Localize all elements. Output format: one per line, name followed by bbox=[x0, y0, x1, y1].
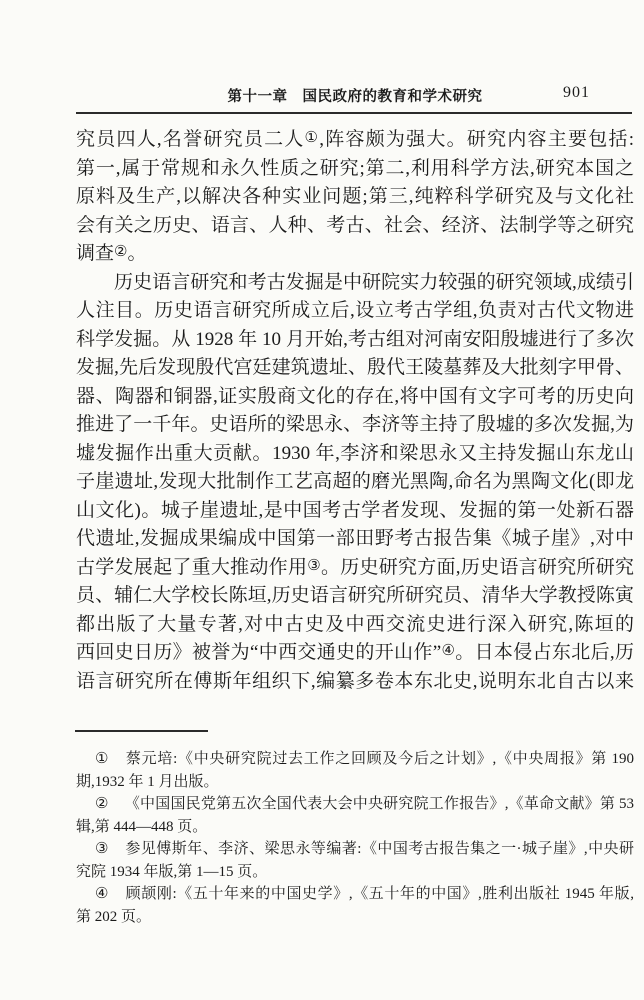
footnote-line: 究院 1934 年版,第 1—15 页。 bbox=[76, 861, 634, 884]
footnote-text: 参见傅斯年、李济、梁思永等编著:《中国考古报告集之一·城子崖》,中央研 bbox=[125, 841, 634, 857]
header-rule bbox=[76, 112, 632, 114]
body-line: 器、陶器和铜器,证实殷商文化的存在,将中国有文字可考的历史向前 bbox=[76, 383, 634, 412]
footnote-first-line: ②《中国国民党第五次全国代表大会中央研究院工作报告》,《革命文献》第 53 bbox=[76, 793, 634, 816]
body-line: 人注目。历史语言研究所成立后,设立考古学组,负责对古代文物进行 bbox=[76, 297, 634, 326]
footnote-ref: ③ bbox=[307, 558, 321, 574]
body-line: 会有关之历史、语言、人种、考古、社会、经济、法制学等之研究及 bbox=[76, 212, 634, 241]
body-line: 原料及生产,以解决各种实业问题;第三,纯粹科学研究及与文化社 bbox=[76, 183, 634, 212]
body-line: 推进了一千年。史语所的梁思永、李济等主持了殷墟的多次发掘,为殷 bbox=[76, 411, 634, 440]
body-text: 究员四人,名誉研究员二人①,阵容颇为强大。研究内容主要包括:第一,属于常规和永久… bbox=[76, 126, 634, 696]
footnote-separator-rule bbox=[75, 730, 208, 732]
body-line: 墟发掘作出重大贡献。1930 年,李济和梁思永又主持发掘山东龙山城 bbox=[76, 440, 634, 469]
footnote-first-line: ③参见傅斯年、李济、梁思永等编著:《中国考古报告集之一·城子崖》,中央研 bbox=[76, 838, 634, 861]
body-line: 究员四人,名誉研究员二人①,阵容颇为强大。研究内容主要包括: bbox=[76, 126, 634, 155]
body-line: 第一,属于常规和永久性质之研究;第二,利用科学方法,研究本国之 bbox=[76, 155, 634, 184]
footnote-marker: ② bbox=[95, 796, 109, 812]
footnote-marker: ① bbox=[95, 751, 109, 767]
footnote-ref: ② bbox=[114, 244, 127, 260]
footnote-ref: ① bbox=[305, 130, 320, 146]
footnote-line: 第 202 页。 bbox=[76, 906, 634, 929]
footnote-marker: ③ bbox=[95, 841, 109, 857]
body-line: 语言研究所在傅斯年组织下,编纂多卷本东北史,说明东北自古以来就 bbox=[76, 668, 634, 697]
body-line: 调查②。 bbox=[76, 240, 634, 269]
page-number: 901 bbox=[563, 84, 590, 102]
body-line: 代遗址,发掘成果编成中国第一部田野考古报告集《城子崖》,对中国考 bbox=[76, 525, 634, 554]
footnote-marker: ④ bbox=[95, 886, 109, 902]
footnote-text: 《中国国民党第五次全国代表大会中央研究院工作报告》,《革命文献》第 53 bbox=[125, 796, 634, 812]
body-line: 西回史日历》被誉为“中西交通史的开山作”④。日本侵占东北后,历史 bbox=[76, 639, 634, 668]
footnote-text: 顾颉刚:《五十年来的中国史学》,《五十年的中国》,胜利出版社 1945 年版, bbox=[125, 886, 634, 902]
footnote-line: 期,1932 年 1 月出版。 bbox=[76, 771, 634, 794]
footnote-first-line: ④顾颉刚:《五十年来的中国史学》,《五十年的中国》,胜利出版社 1945 年版, bbox=[76, 883, 634, 906]
body-line: 科学发掘。从 1928 年 10 月开始,考古组对河南安阳殷墟进行了多次 bbox=[76, 326, 634, 355]
footnotes: ①蔡元培:《中央研究院过去工作之回顾及今后之计划》,《中央周报》第 190期,1… bbox=[76, 748, 634, 928]
body-line: 古学发展起了重大推动作用③。历史研究方面,历史语言研究所研究 bbox=[76, 554, 634, 583]
footnote-line: 辑,第 444—448 页。 bbox=[76, 816, 634, 839]
footnote-text: 蔡元培:《中央研究院过去工作之回顾及今后之计划》,《中央周报》第 190 bbox=[125, 751, 634, 767]
book-page: 第十一章 国民政府的教育和学术研究 901 究员四人,名誉研究员二人①,阵容颇为… bbox=[0, 0, 644, 1000]
body-line: 发掘,先后发现殷代宫廷建筑遗址、殷代王陵墓葬及大批刻字甲骨、石 bbox=[76, 354, 634, 383]
body-line: 员、辅仁大学校长陈垣,历史语言研究所研究员、清华大学教授陈寅恪 bbox=[76, 582, 634, 611]
footnote-first-line: ①蔡元培:《中央研究院过去工作之回顾及今后之计划》,《中央周报》第 190 bbox=[76, 748, 634, 771]
body-line: 历史语言研究和考古发掘是中研院实力较强的研究领域,成绩引 bbox=[76, 269, 634, 298]
body-line: 都出版了大量专著,对中古史及中西交流史进行深入研究,陈垣的《中 bbox=[76, 611, 634, 640]
body-line: 子崖遗址,发现大批制作工艺高超的磨光黑陶,命名为黑陶文化(即龙 bbox=[76, 468, 634, 497]
body-line: 山文化)。城子崖遗址,是中国考古学者发现、发掘的第一处新石器时 bbox=[76, 497, 634, 526]
footnote-ref: ④ bbox=[441, 643, 455, 659]
running-head-chapter-title: 第十一章 国民政府的教育和学术研究 bbox=[76, 85, 634, 106]
